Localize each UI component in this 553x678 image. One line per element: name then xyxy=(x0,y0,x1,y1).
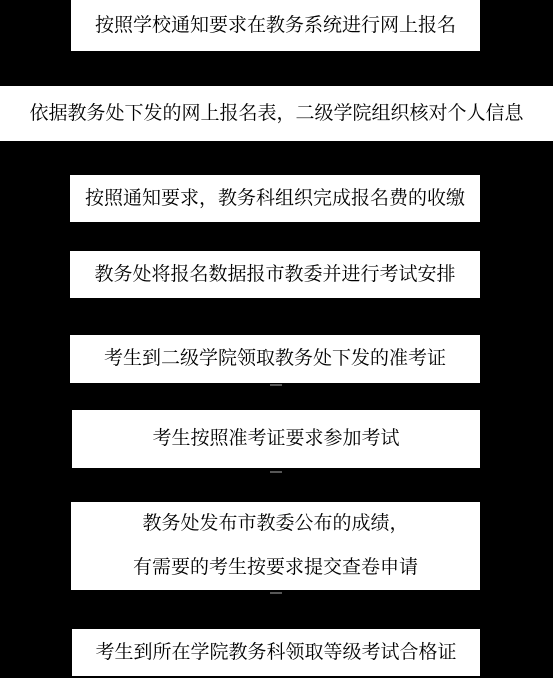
arrow-remnant-icon xyxy=(270,471,282,473)
flow-step-8-label: 考生到所在学院教务科领取等级考试合格证 xyxy=(95,642,456,664)
flow-step-2-verify-personal-info: 依据教务处下发的网上报名表，二级学院组织核对个人信息 xyxy=(0,86,553,141)
flow-step-6-take-exam: 考生按照准考证要求参加考试 xyxy=(72,410,480,468)
arrow-remnant-icon xyxy=(270,592,282,594)
flow-step-4-report-data-arrange-exam: 教务处将报名数据报市教委并进行考试安排 xyxy=(70,251,480,298)
flow-step-7-line2: 有需要的考生按要求提交查卷申请 xyxy=(133,557,418,579)
flow-step-4-label: 教务处将报名数据报市教委并进行考试安排 xyxy=(94,264,455,286)
flow-step-7-line1: 教务处发布市教委公布的成绩， xyxy=(142,513,408,535)
flow-step-5-label: 考生到二级学院领取教务处下发的准考证 xyxy=(104,348,446,370)
flow-step-7-publish-scores: 教务处发布市教委公布的成绩， 有需要的考生按要求提交查卷申请 xyxy=(71,502,480,590)
flow-step-6-label: 考生按照准考证要求参加考试 xyxy=(152,428,399,450)
flow-step-8-collect-certificate: 考生到所在学院教务科领取等级考试合格证 xyxy=(72,629,480,676)
arrow-remnant-icon xyxy=(270,384,282,386)
flow-step-2-label: 依据教务处下发的网上报名表，二级学院组织核对个人信息 xyxy=(29,103,523,125)
flow-step-1-online-registration: 按照学校通知要求在教务系统进行网上报名 xyxy=(71,0,480,51)
flow-step-3-fee-collection: 按照通知要求，教务科组织完成报名费的收缴 xyxy=(70,175,480,222)
flow-step-1-label: 按照学校通知要求在教务系统进行网上报名 xyxy=(95,15,456,37)
flow-step-5-collect-admission-ticket: 考生到二级学院领取教务处下发的准考证 xyxy=(70,335,480,383)
flow-step-3-label: 按照通知要求，教务科组织完成报名费的收缴 xyxy=(85,188,465,210)
